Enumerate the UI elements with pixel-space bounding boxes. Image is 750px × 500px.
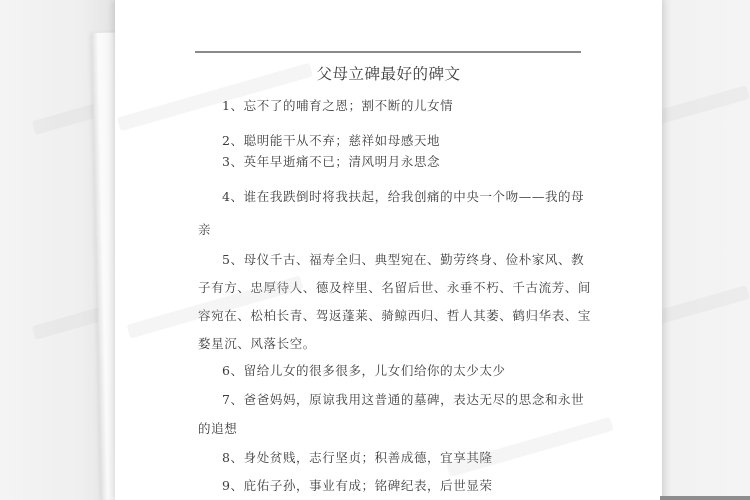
header-rule xyxy=(195,51,581,53)
text-line: 容宛在、松柏长青、驾返蓬莱、骑鲸西归、哲人其萎、鹤归华表、宝 xyxy=(198,306,591,324)
text-line: 5、母仪千古、福寿全归、典型宛在、勤劳终身、俭朴家风、教 xyxy=(222,250,584,268)
background-right xyxy=(662,0,750,500)
text-line: 的追想 xyxy=(198,419,237,437)
text-line: 2、聪明能干从不弃；慈祥如母感天地 xyxy=(222,131,440,149)
text-line: 6、留给儿女的很多很多，儿女们给你的太少太少 xyxy=(222,361,506,379)
document-page: 父母立碑最好的碑文 1、忘不了的哺育之恩；割不断的儿女情 2、聪明能干从不弃；慈… xyxy=(115,0,662,500)
text-line: 7、爸爸妈妈，原谅我用这普通的墓碑，表达无尽的思念和永世 xyxy=(222,390,584,408)
text-line: 1、忘不了的哺育之恩；割不断的儿女情 xyxy=(222,96,453,114)
text-line: 婺星沉、风落长空。 xyxy=(198,334,316,352)
watermark xyxy=(446,417,613,477)
text-line: 4、谁在我跌倒时将我扶起，给我创痛的中央一个吻——我的母 xyxy=(222,187,584,205)
bottom-bar xyxy=(660,496,750,500)
document-title: 父母立碑最好的碑文 xyxy=(115,62,662,84)
text-line: 亲 xyxy=(198,220,211,238)
text-line: 3、英年早逝痛不已；清风明月永思念 xyxy=(222,152,440,170)
text-line: 9、庇佑子孙，事业有成；铭碑纪表，后世显荣 xyxy=(222,476,493,494)
